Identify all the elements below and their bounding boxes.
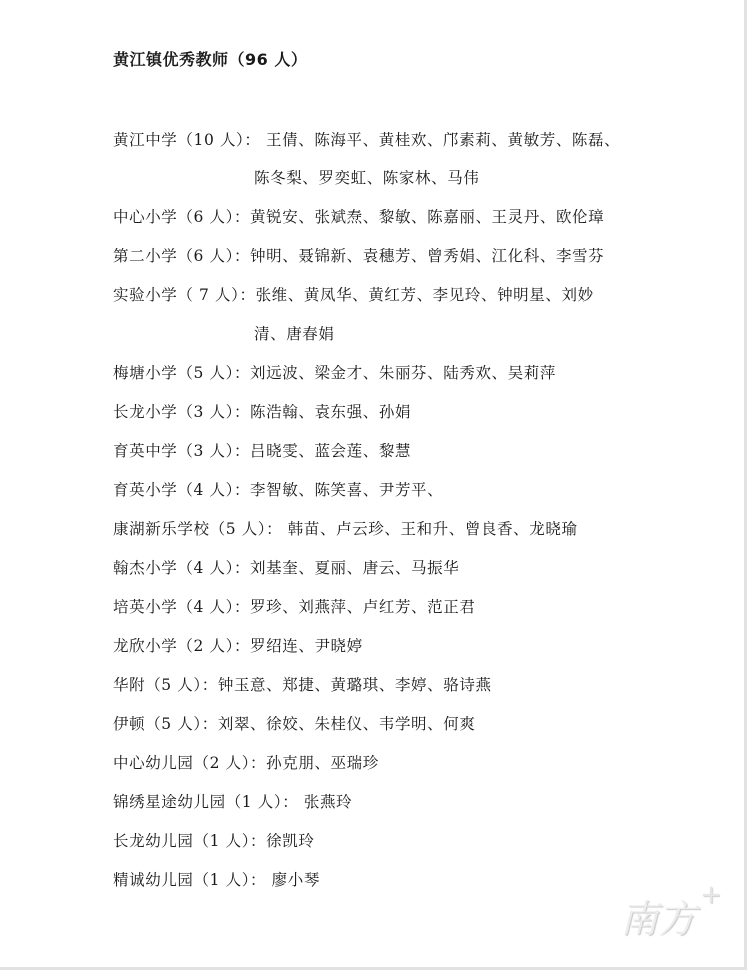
list-line: 康湖新乐学校（5 人）： 韩苗、卢云珍、王和升、曾良香、龙晓瑜 bbox=[113, 517, 578, 539]
list-line: 育英中学（3 人）：吕晓雯、蓝会莲、黎慧 bbox=[113, 439, 411, 461]
list-line: 伊顿（5 人）：刘翠、徐姣、朱桂仪、韦学明、何爽 bbox=[113, 712, 475, 734]
list-line: 中心幼儿园（2 人）：孙克朋、巫瑞珍 bbox=[113, 751, 379, 773]
list-line: 梅塘小学（5 人）：刘远波、梁金才、朱丽芬、陆秀欢、吴莉萍 bbox=[113, 361, 556, 383]
list-line: 锦绣星途幼儿园（1 人）： 张燕玲 bbox=[113, 790, 352, 812]
list-line: 精诚幼儿园（1 人）： 廖小琴 bbox=[113, 868, 320, 890]
list-line: 中心小学（6 人）：黄锐安、张斌焘、黎敏、陈嘉丽、王灵丹、欧伦璋 bbox=[113, 205, 604, 227]
list-line: 华附（5 人）：钟玉意、郑捷、黄璐琪、李婷、骆诗燕 bbox=[113, 673, 492, 695]
list-line: 黄江中学（10 人）： 王倩、陈海平、黄桂欢、邝素莉、黄敏芳、陈磊、 bbox=[113, 128, 620, 150]
list-line: 育英小学（4 人）：李智敏、陈笑喜、尹芳平、 bbox=[113, 478, 443, 500]
document-page: 黄江镇优秀教师（96 人） 黄江中学（10 人）： 王倩、陈海平、黄桂欢、邝素莉… bbox=[0, 0, 744, 967]
list-line: 长龙幼儿园（1 人）：徐凯玲 bbox=[113, 829, 314, 851]
nanfang-plus-watermark: 南方 bbox=[620, 888, 696, 943]
list-line-continuation: 陈冬梨、罗奕虹、陈家林、马伟 bbox=[254, 166, 479, 188]
list-line: 第二小学（6 人）：钟明、聂锦新、袁穗芳、曾秀娟、江化科、李雪芬 bbox=[113, 244, 604, 266]
list-line: 实验小学（ 7 人）：张维、黄凤华、黄红芳、李见玲、钟明星、刘妙 bbox=[113, 283, 594, 305]
list-line-continuation: 清、唐春娟 bbox=[254, 322, 335, 344]
document-title: 黄江镇优秀教师（96 人） bbox=[113, 47, 307, 70]
list-line: 长龙小学（3 人）：陈浩翰、袁东强、孙娟 bbox=[113, 400, 411, 422]
watermark-plus-icon: + bbox=[700, 880, 722, 910]
list-line: 龙欣小学（2 人）：罗绍连、尹晓婷 bbox=[113, 634, 363, 656]
list-line: 翰杰小学（4 人）：刘基奎、夏丽、唐云、马振华 bbox=[113, 556, 459, 578]
list-line: 培英小学（4 人）：罗珍、刘燕萍、卢红芳、范正君 bbox=[113, 595, 475, 617]
